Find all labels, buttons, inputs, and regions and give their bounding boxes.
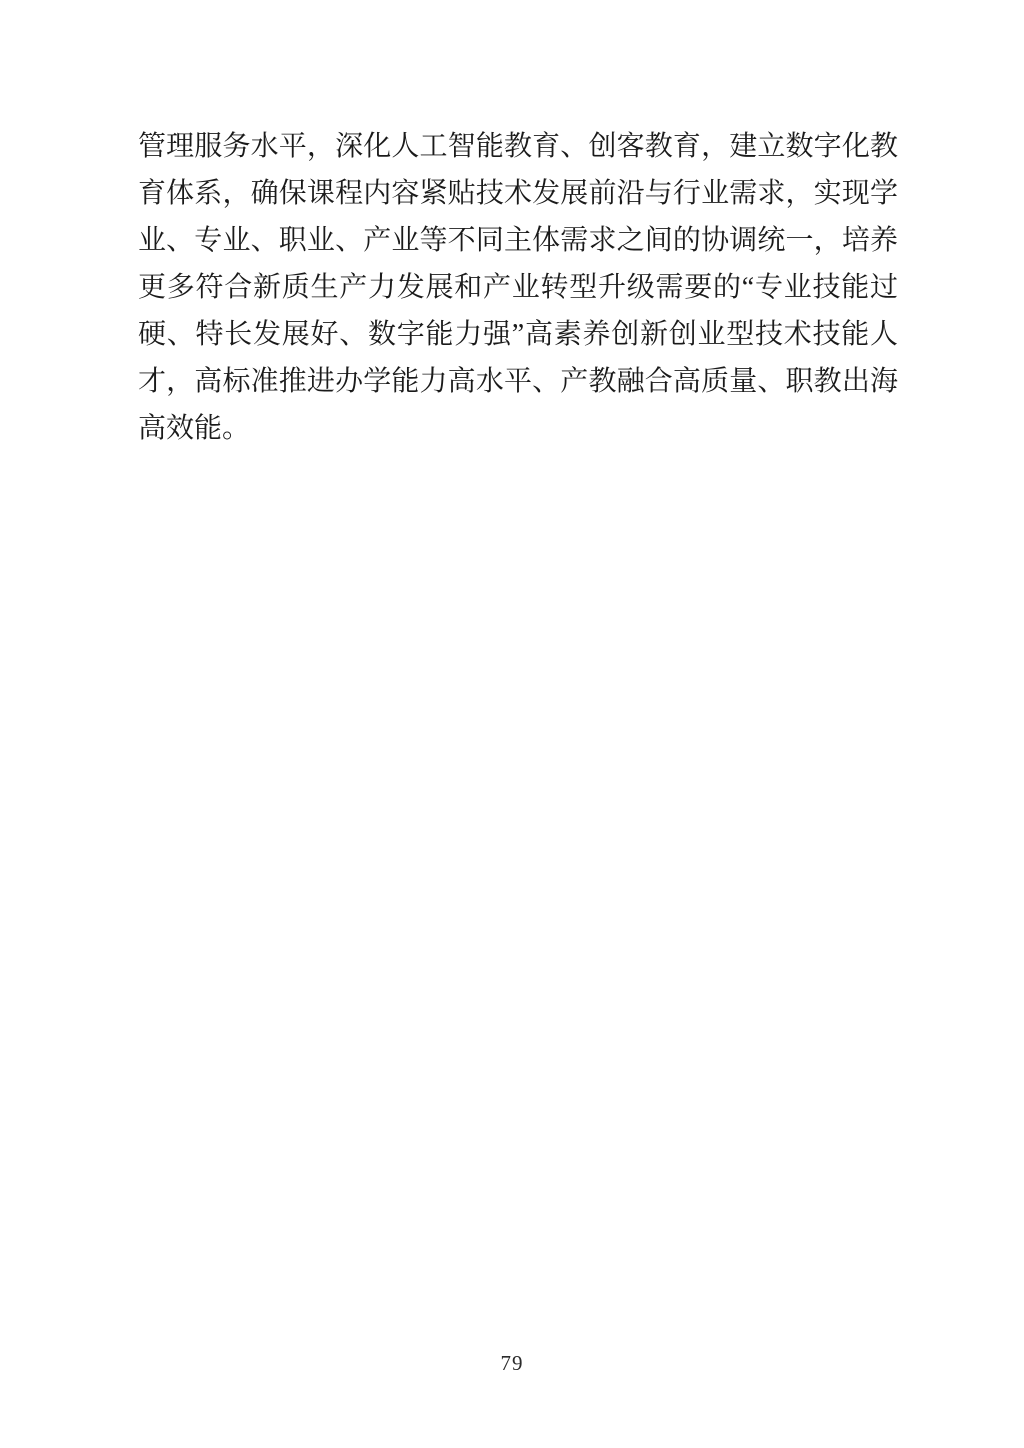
document-page: 管理服务水平，深化人工智能教育、创客教育，建立数字化教 育体系，确保课程内容紧贴… bbox=[0, 0, 1024, 1448]
page-footer: 79 bbox=[0, 1351, 1024, 1376]
paragraph-line: 管理服务水平，深化人工智能教育、创客教育，建立数字化教 bbox=[138, 123, 898, 170]
paragraph-line: 高效能。 bbox=[138, 405, 898, 452]
paragraph-line: 才，高标准推进办学能力高水平、产教融合高质量、职教出海 bbox=[138, 358, 898, 405]
body-paragraph: 管理服务水平，深化人工智能教育、创客教育，建立数字化教 育体系，确保课程内容紧贴… bbox=[138, 123, 898, 452]
paragraph-line: 更多符合新质生产力发展和产业转型升级需要的“专业技能过 bbox=[138, 264, 898, 311]
page-number: 79 bbox=[501, 1351, 524, 1375]
paragraph-line: 硬、特长发展好、数字能力强”高素养创新创业型技术技能人 bbox=[138, 311, 898, 358]
paragraph-line: 育体系，确保课程内容紧贴技术发展前沿与行业需求，实现学 bbox=[138, 170, 898, 217]
paragraph-line: 业、专业、职业、产业等不同主体需求之间的协调统一，培养 bbox=[138, 217, 898, 264]
